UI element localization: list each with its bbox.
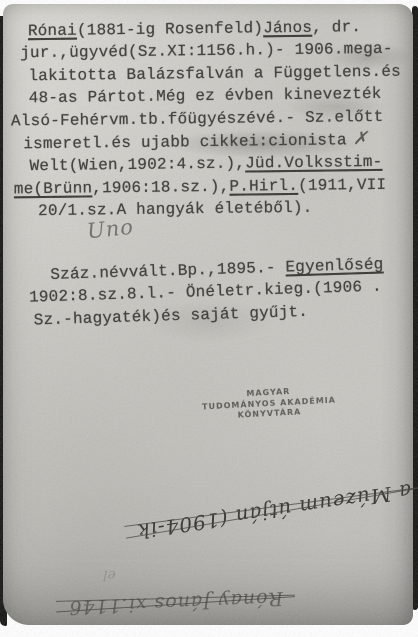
typed-paragraph-biography: Rónai(1881-ig Rosenfeld)János, dr.jur.,ü… (2, 16, 414, 224)
typed-text-segment: P.Hirl. (229, 177, 298, 196)
typed-text-segment: lakitotta Balázsfalván a Függetlens.és (28, 62, 401, 85)
handwritten-name-text: Rónay János xi.1146 (64, 585, 288, 621)
typed-text-segment: me(Brünn (14, 179, 93, 198)
handwritten-name-crossed-out: Rónay János xi.1146 (55, 585, 288, 621)
typed-paragraph-sources: Száz.névvált.Bp.,1895.- Egyenlőség1902:8… (2, 253, 414, 333)
typed-text-segment: Egyenlőség (285, 255, 384, 276)
typed-text-segment: (1911,VII (298, 176, 386, 195)
pencil-note-uno: Uno (86, 215, 135, 244)
typed-text-segment: (1881-ig Rosenfeld) (77, 19, 263, 39)
handwritten-note-crossed-out: a Múzeum útján (1904-ik (95, 476, 418, 551)
typed-text-segment: ismeretl.és ujabb cikkei:cionista (23, 131, 347, 153)
typed-text-segment: , dr. (312, 18, 361, 37)
typed-text-segment: János (263, 19, 312, 38)
pencil-mark-small: el (103, 567, 116, 583)
typed-text-segment: Alsó-Fehérvm.tb.főügyészévé.- Sz.előtt (11, 107, 384, 130)
handwritten-note-text: a Múzeum útján (1904-ik (131, 476, 417, 546)
typed-text-segment: Jüd.Volksstim- (245, 153, 382, 173)
typed-text-segment: jur.,ügyvéd(Sz.XI:1156.h.)- 1906.mega- (20, 40, 393, 63)
catalog-card-paper: Rónai(1881-ig Rosenfeld)János, dr.jur.,ü… (3, 4, 413, 625)
scanned-catalog-card-page: { "colors":{ "paper":"#d2d1cc", "ink":"#… (0, 0, 418, 637)
typed-text-segment: 48-as Pártot.Még ez évben kinevezték (29, 85, 382, 107)
pencil-check-mark: ✗ (347, 128, 368, 149)
typed-text-segment: 20/1.sz.A hangyák életéből). (38, 199, 313, 220)
typed-text-segment: Welt(Wien,1902:4.sz.), (29, 155, 245, 176)
typed-text-segment: Rónai (28, 22, 77, 41)
typed-text-segment: ,1906:18.sz.), (92, 178, 229, 198)
library-stamp: MAGYAR TUDOMÁNYOS AKADÉMIA KÖNYVTÁRA (200, 384, 337, 423)
